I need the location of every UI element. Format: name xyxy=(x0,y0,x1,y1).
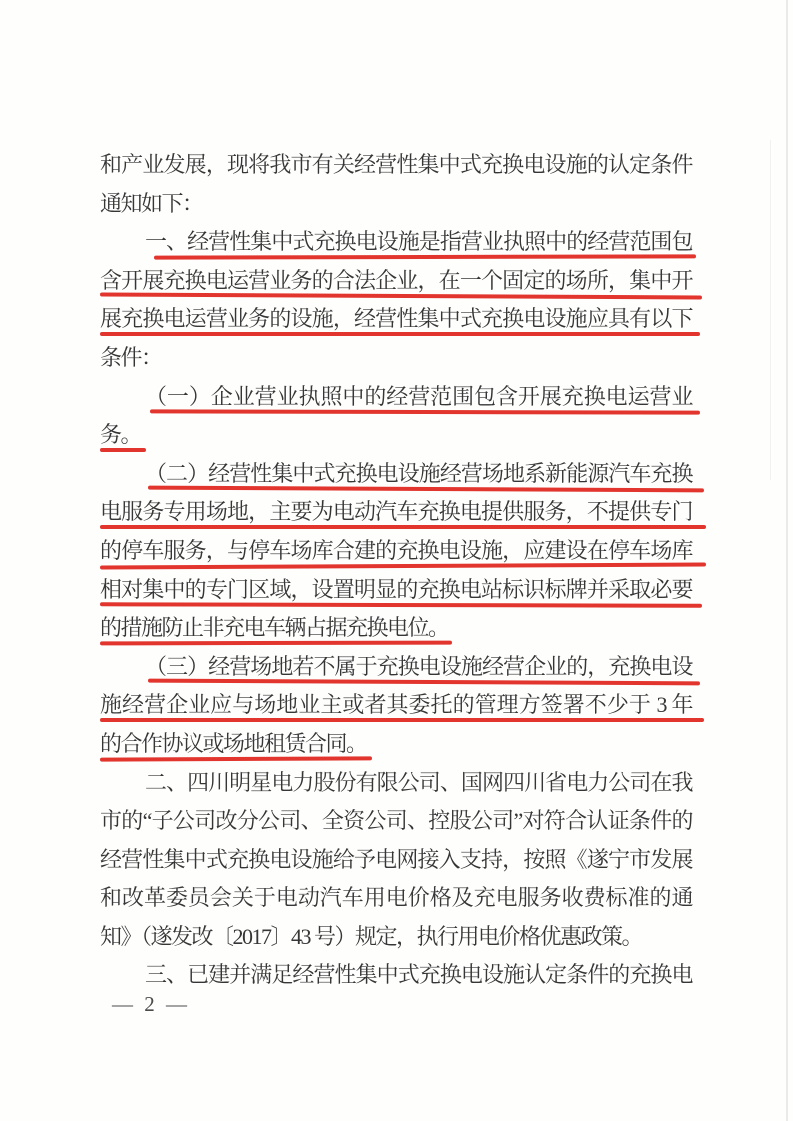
text-line-content: 三、已建并满足经营性集中式充换电设施认定条件的充换电 xyxy=(145,962,692,987)
red-underline-mark xyxy=(100,718,704,722)
page-number: — 2 — xyxy=(112,992,190,1017)
text-line: 务。 xyxy=(100,421,692,460)
text-line: 经营性集中式充换电设施给予电网接入支持，按照《遂宁市发展 xyxy=(100,846,692,885)
text-line: 市的“子公司改分公司、全资公司、控股公司”对符合认证条件的 xyxy=(100,807,692,846)
text-line: 通知如下： xyxy=(100,190,692,229)
red-underline-mark xyxy=(148,485,704,491)
red-underline-mark xyxy=(148,678,700,684)
red-underline-mark xyxy=(100,602,702,607)
red-underline-mark xyxy=(100,448,146,452)
red-underline-mark xyxy=(100,292,702,298)
red-underline-mark xyxy=(100,562,706,568)
text-line-content: 知》（遂发改〔2017〕43 号）规定，执行用电价格优惠政策。 xyxy=(100,924,642,949)
red-underline-mark xyxy=(100,332,700,336)
red-underline-mark xyxy=(150,409,700,414)
text-line-content: 含开展充换电运营业务的合法企业，在一个固定的场所，集中开 xyxy=(100,268,692,293)
text-line-content: 施经营企业应与场地业主或者其委托的管理方签署不少于 3 年 xyxy=(100,692,692,717)
text-line-content: （二）经营性集中式充换电设施经营场地系新能源汽车充换 xyxy=(145,461,692,486)
scan-edge-artifact xyxy=(786,0,788,1121)
text-line-content: 的停车服务，与停车场库合建的充换电设施，应建设在停车场库 xyxy=(100,538,692,563)
text-line: 展充换电运营业务的设施，经营性集中式充换电设施应具有以下 xyxy=(100,305,692,344)
text-line: 电服务专用场地，主要为电动汽车充换电提供服务，不提供专门 xyxy=(100,498,692,537)
text-line: 一、经营性集中式充换电设施是指营业执照中的经营范围包 xyxy=(100,228,692,267)
red-underline-mark xyxy=(100,756,372,761)
document-page: 和产业发展，现将我市有关经营性集中式充换电设施的认定条件 通知如下： 一、经营性… xyxy=(0,0,793,1121)
text-line: 条件： xyxy=(100,344,692,383)
text-line: 和改革委员会关于电动汽车用电价格及充电服务收费标准的通 xyxy=(100,884,692,923)
text-line: 相对集中的专门区域，设置明显的充换电站标识标牌并采取必要 xyxy=(100,576,692,615)
text-line: （一）企业营业执照中的经营范围包含开展充换电运营业 xyxy=(100,383,692,422)
text-line-content: （一）企业营业执照中的经营范围包含开展充换电运营业 xyxy=(145,384,692,409)
red-underline-mark xyxy=(100,525,706,529)
text-line: 的合作协议或场地租赁合同。 xyxy=(100,730,692,769)
text-line-content: 相对集中的专门区域，设置明显的充换电站标识标牌并采取必要 xyxy=(100,577,692,602)
text-line-content: 市的“子公司改分公司、全资公司、控股公司”对符合认证条件的 xyxy=(100,808,692,833)
text-line: 施经营企业应与场地业主或者其委托的管理方签署不少于 3 年 xyxy=(100,691,692,730)
red-underline-mark xyxy=(100,641,452,645)
text-line: 和产业发展，现将我市有关经营性集中式充换电设施的认定条件 xyxy=(100,151,692,190)
scan-fold-artifact xyxy=(770,140,771,480)
text-line-content: 通知如下： xyxy=(100,191,203,216)
text-line: （三）经营场地若不属于充换电设施经营企业的，充换电设 xyxy=(100,653,692,692)
text-line-content: 的合作协议或场地租赁合同。 xyxy=(100,731,367,756)
text-line-content: 二、四川明星电力股份有限公司、国网四川省电力公司在我 xyxy=(145,770,692,795)
text-line-content: 展充换电运营业务的设施，经营性集中式充换电设施应具有以下 xyxy=(100,306,692,331)
text-line-content: 电服务专用场地，主要为电动汽车充换电提供服务，不提供专门 xyxy=(100,499,692,524)
document-body: 和产业发展，现将我市有关经营性集中式充换电设施的认定条件 通知如下： 一、经营性… xyxy=(100,151,692,1000)
text-line-content: 经营性集中式充换电设施给予电网接入支持，按照《遂宁市发展 xyxy=(100,847,692,872)
text-line: 的措施防止非充电车辆占据充换电位。 xyxy=(100,614,692,653)
text-line-content: 和改革委员会关于电动汽车用电价格及充电服务收费标准的通 xyxy=(100,885,692,910)
text-line: 的停车服务，与停车场库合建的充换电设施，应建设在停车场库 xyxy=(100,537,692,576)
text-line: 二、四川明星电力股份有限公司、国网四川省电力公司在我 xyxy=(100,769,692,808)
text-line-content: （三）经营场地若不属于充换电设施经营企业的，充换电设 xyxy=(145,654,692,679)
text-line-content: 的措施防止非充电车辆占据充换电位。 xyxy=(100,615,449,640)
text-line-content: 和产业发展，现将我市有关经营性集中式充换电设施的认定条件 xyxy=(100,152,692,177)
text-line-content: 条件： xyxy=(100,345,162,370)
text-line-content: 一、经营性集中式充换电设施是指营业执照中的经营范围包 xyxy=(145,229,692,254)
text-line: （二）经营性集中式充换电设施经营场地系新能源汽车充换 xyxy=(100,460,692,499)
text-line: 含开展充换电运营业务的合法企业，在一个固定的场所，集中开 xyxy=(100,267,692,306)
text-line-content: 务。 xyxy=(100,422,141,447)
red-underline-mark xyxy=(154,255,696,260)
text-line: 知》（遂发改〔2017〕43 号）规定，执行用电价格优惠政策。 xyxy=(100,923,692,962)
